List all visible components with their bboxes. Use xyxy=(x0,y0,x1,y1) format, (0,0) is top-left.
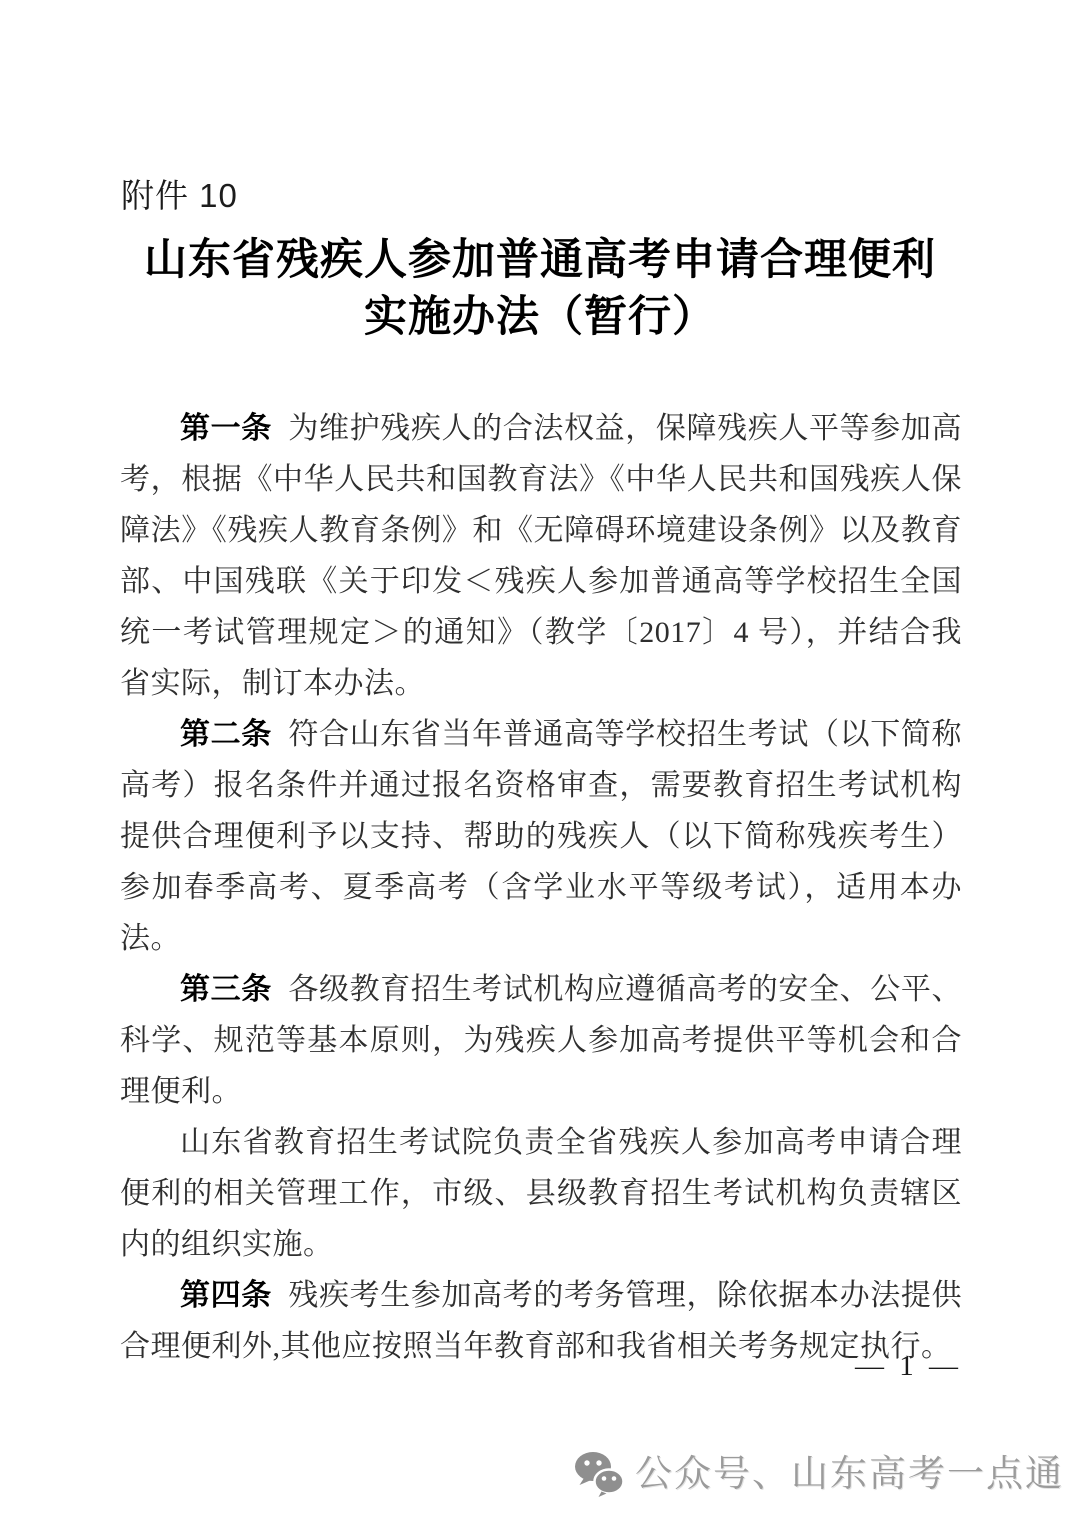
document-body: 第一条为维护残疾人的合法权益，保障残疾人平等参加高考，根据《中华人民共和国教育法… xyxy=(120,403,962,1372)
article-1-text: 为维护残疾人的合法权益，保障残疾人平等参加高考，根据《中华人民共和国教育法》《中… xyxy=(120,412,962,700)
paragraph-article-3: 第三条各级教育招生考试机构应遵循高考的安全、公平、科学、规范等基本原则，为残疾人… xyxy=(120,964,962,1117)
document-title-line1: 山东省残疾人参加普通高考申请合理便利 xyxy=(0,232,1080,289)
paragraph-article-4: 第四条残疾考生参加高考的考务管理，除依据本办法提供合理便利外,其他应按照当年教育… xyxy=(120,1270,962,1372)
wechat-icon xyxy=(573,1450,625,1498)
article-2-text: 符合山东省当年普通高等学校招生考试（以下简称高考）报名条件并通过报名资格审查，需… xyxy=(120,718,962,955)
article-3-label: 第三条 xyxy=(180,973,272,1006)
paragraph-article-1: 第一条为维护残疾人的合法权益，保障残疾人平等参加高考，根据《中华人民共和国教育法… xyxy=(120,403,962,709)
watermark-text: 公众号、山东高考一点通 xyxy=(635,1450,1064,1498)
article-4-label: 第四条 xyxy=(180,1279,272,1312)
article-2-label: 第二条 xyxy=(180,718,272,751)
document-title-line2: 实施办法（暂行） xyxy=(0,289,1080,346)
article-1-label: 第一条 xyxy=(180,412,272,445)
document-page: 附件 10 山东省残疾人参加普通高考申请合理便利 实施办法（暂行） 第一条为维护… xyxy=(0,0,1080,1527)
document-title: 山东省残疾人参加普通高考申请合理便利 实施办法（暂行） xyxy=(0,232,1080,346)
article-3b-text: 山东省教育招生考试院负责全省残疾人参加高考申请合理便利的相关管理工作，市级、县级… xyxy=(120,1126,962,1261)
watermark-footer: 公众号、山东高考一点通 xyxy=(573,1450,1064,1498)
page-number: — 1 — xyxy=(855,1350,962,1383)
paragraph-article-3-continued: 山东省教育招生考试院负责全省残疾人参加高考申请合理便利的相关管理工作，市级、县级… xyxy=(120,1117,962,1270)
attachment-label: 附件 10 xyxy=(121,176,238,216)
paragraph-article-2: 第二条符合山东省当年普通高等学校招生考试（以下简称高考）报名条件并通过报名资格审… xyxy=(120,709,962,964)
